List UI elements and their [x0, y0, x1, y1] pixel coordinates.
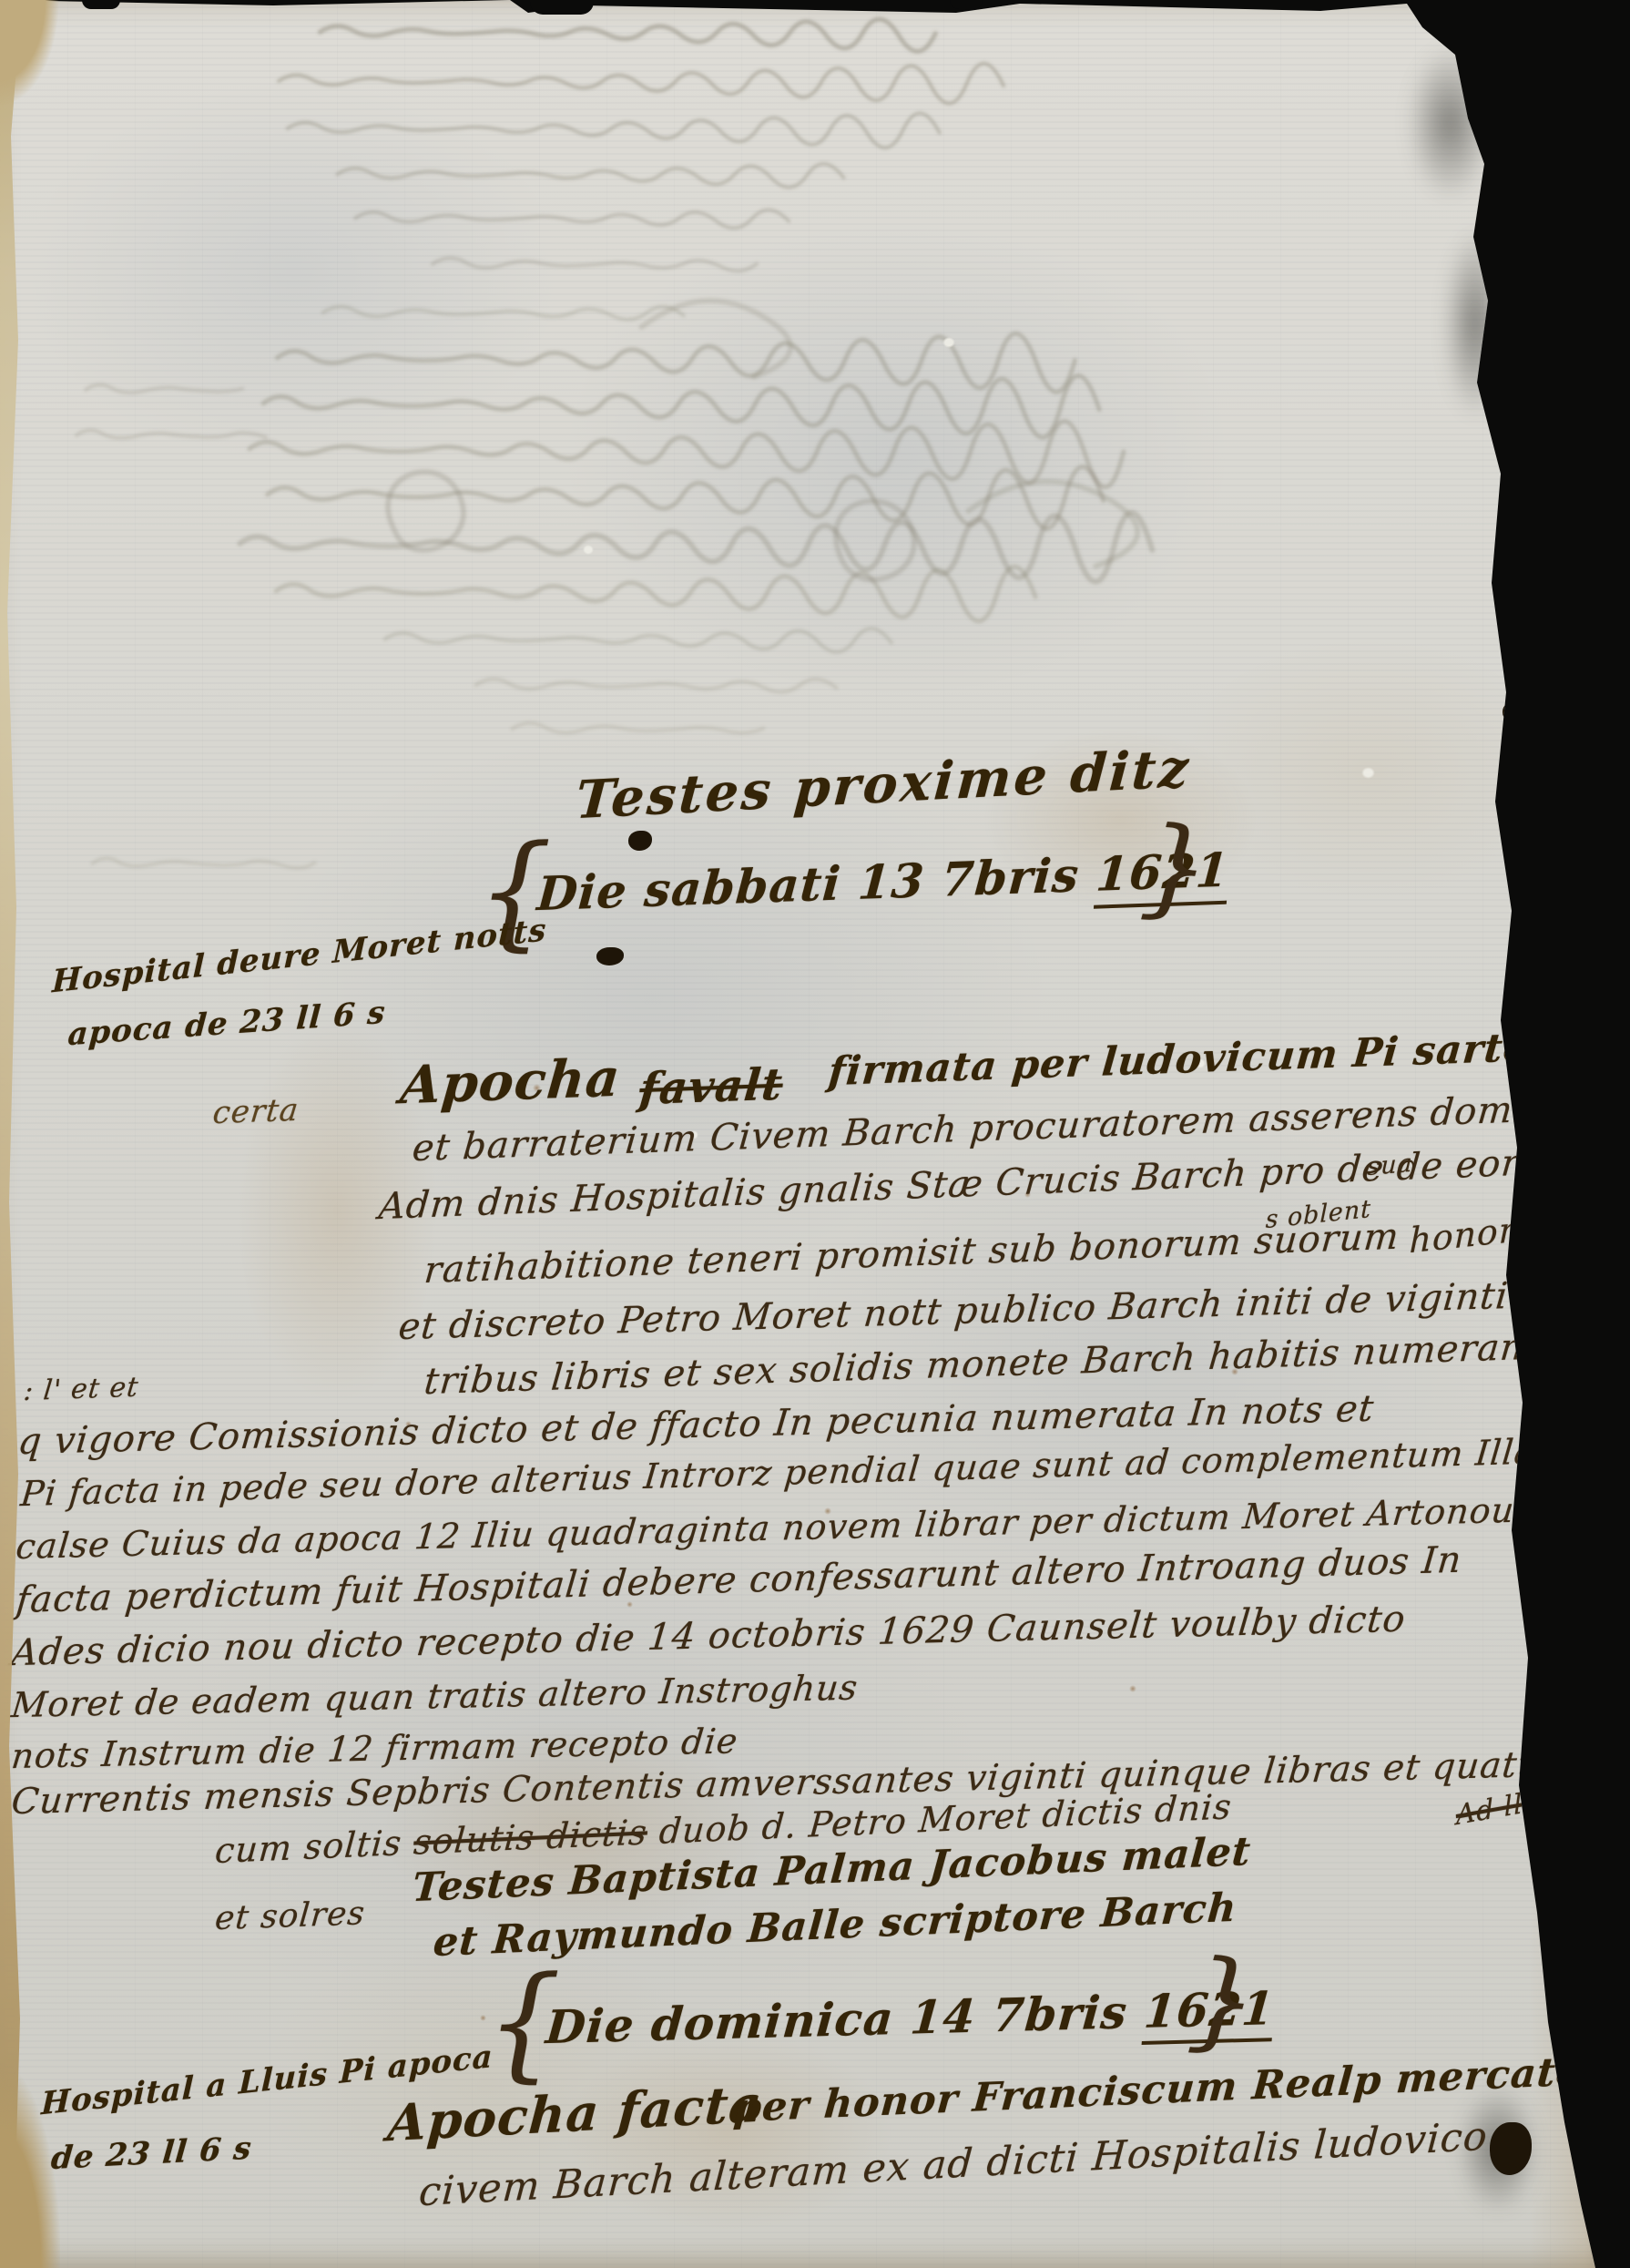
top-edge-nick — [530, 0, 594, 15]
saturday-margin-side-word: certa — [211, 1092, 301, 1131]
manuscript-page: 25 Testes proxime ditz { Die sabbati 13 … — [0, 0, 1630, 2268]
ink-blot — [1572, 348, 1594, 365]
binding-corner-top — [0, 0, 67, 137]
ink-blot — [1503, 701, 1527, 722]
interlinear-insert: sua — [1367, 1149, 1413, 1182]
date-flourish-glyph: } — [1136, 802, 1214, 932]
top-edge-nick — [82, 0, 120, 9]
paper-fleck — [942, 337, 955, 348]
scan-background: 25 Testes proxime ditz { Die sabbati 13 … — [0, 0, 1630, 2268]
witness-side-word: et solres — [213, 1895, 366, 1937]
saturday-opening-struck-word: favalt — [637, 1059, 785, 1116]
foxing-speck — [480, 2015, 486, 2021]
margin-insert-line: : l' et et — [22, 1372, 140, 1408]
paper-fleck — [1361, 767, 1375, 779]
date-flourish-glyph: } — [1184, 1935, 1261, 2065]
saturday-opening-lead: Apocha — [398, 1047, 623, 1117]
paper-fleck — [583, 545, 594, 555]
foxing-speck — [1129, 1685, 1136, 1692]
binding-corner-bottom — [0, 2013, 60, 2268]
edge-smudge — [1407, 46, 1493, 200]
edge-smudge — [1443, 228, 1507, 419]
folio-number: 25 — [1504, 48, 1566, 106]
top-edge-nick — [950, 0, 983, 9]
